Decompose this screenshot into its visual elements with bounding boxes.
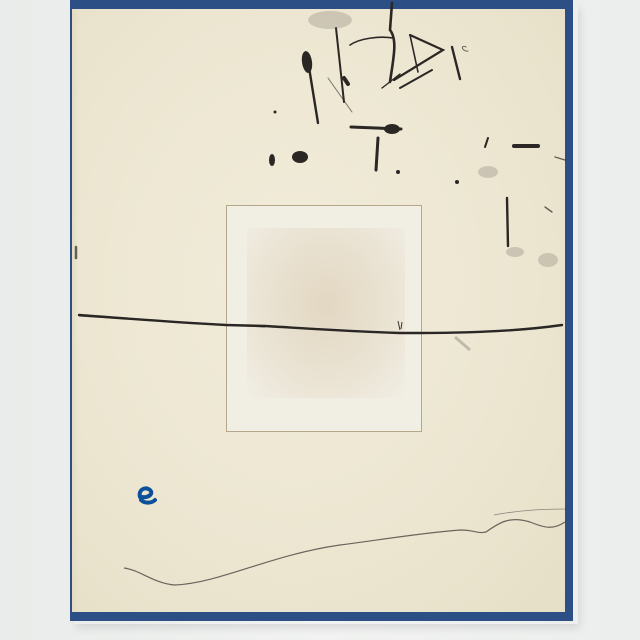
ink-marks: [0, 0, 640, 640]
small-scribble: [398, 321, 402, 330]
calligraphic-marks: [76, 3, 565, 258]
horizontal-ink-line: [79, 315, 562, 333]
blue-ink-mark: [140, 488, 155, 502]
ink-smudges: [308, 11, 558, 267]
wavy-pencil-line: [124, 520, 565, 585]
